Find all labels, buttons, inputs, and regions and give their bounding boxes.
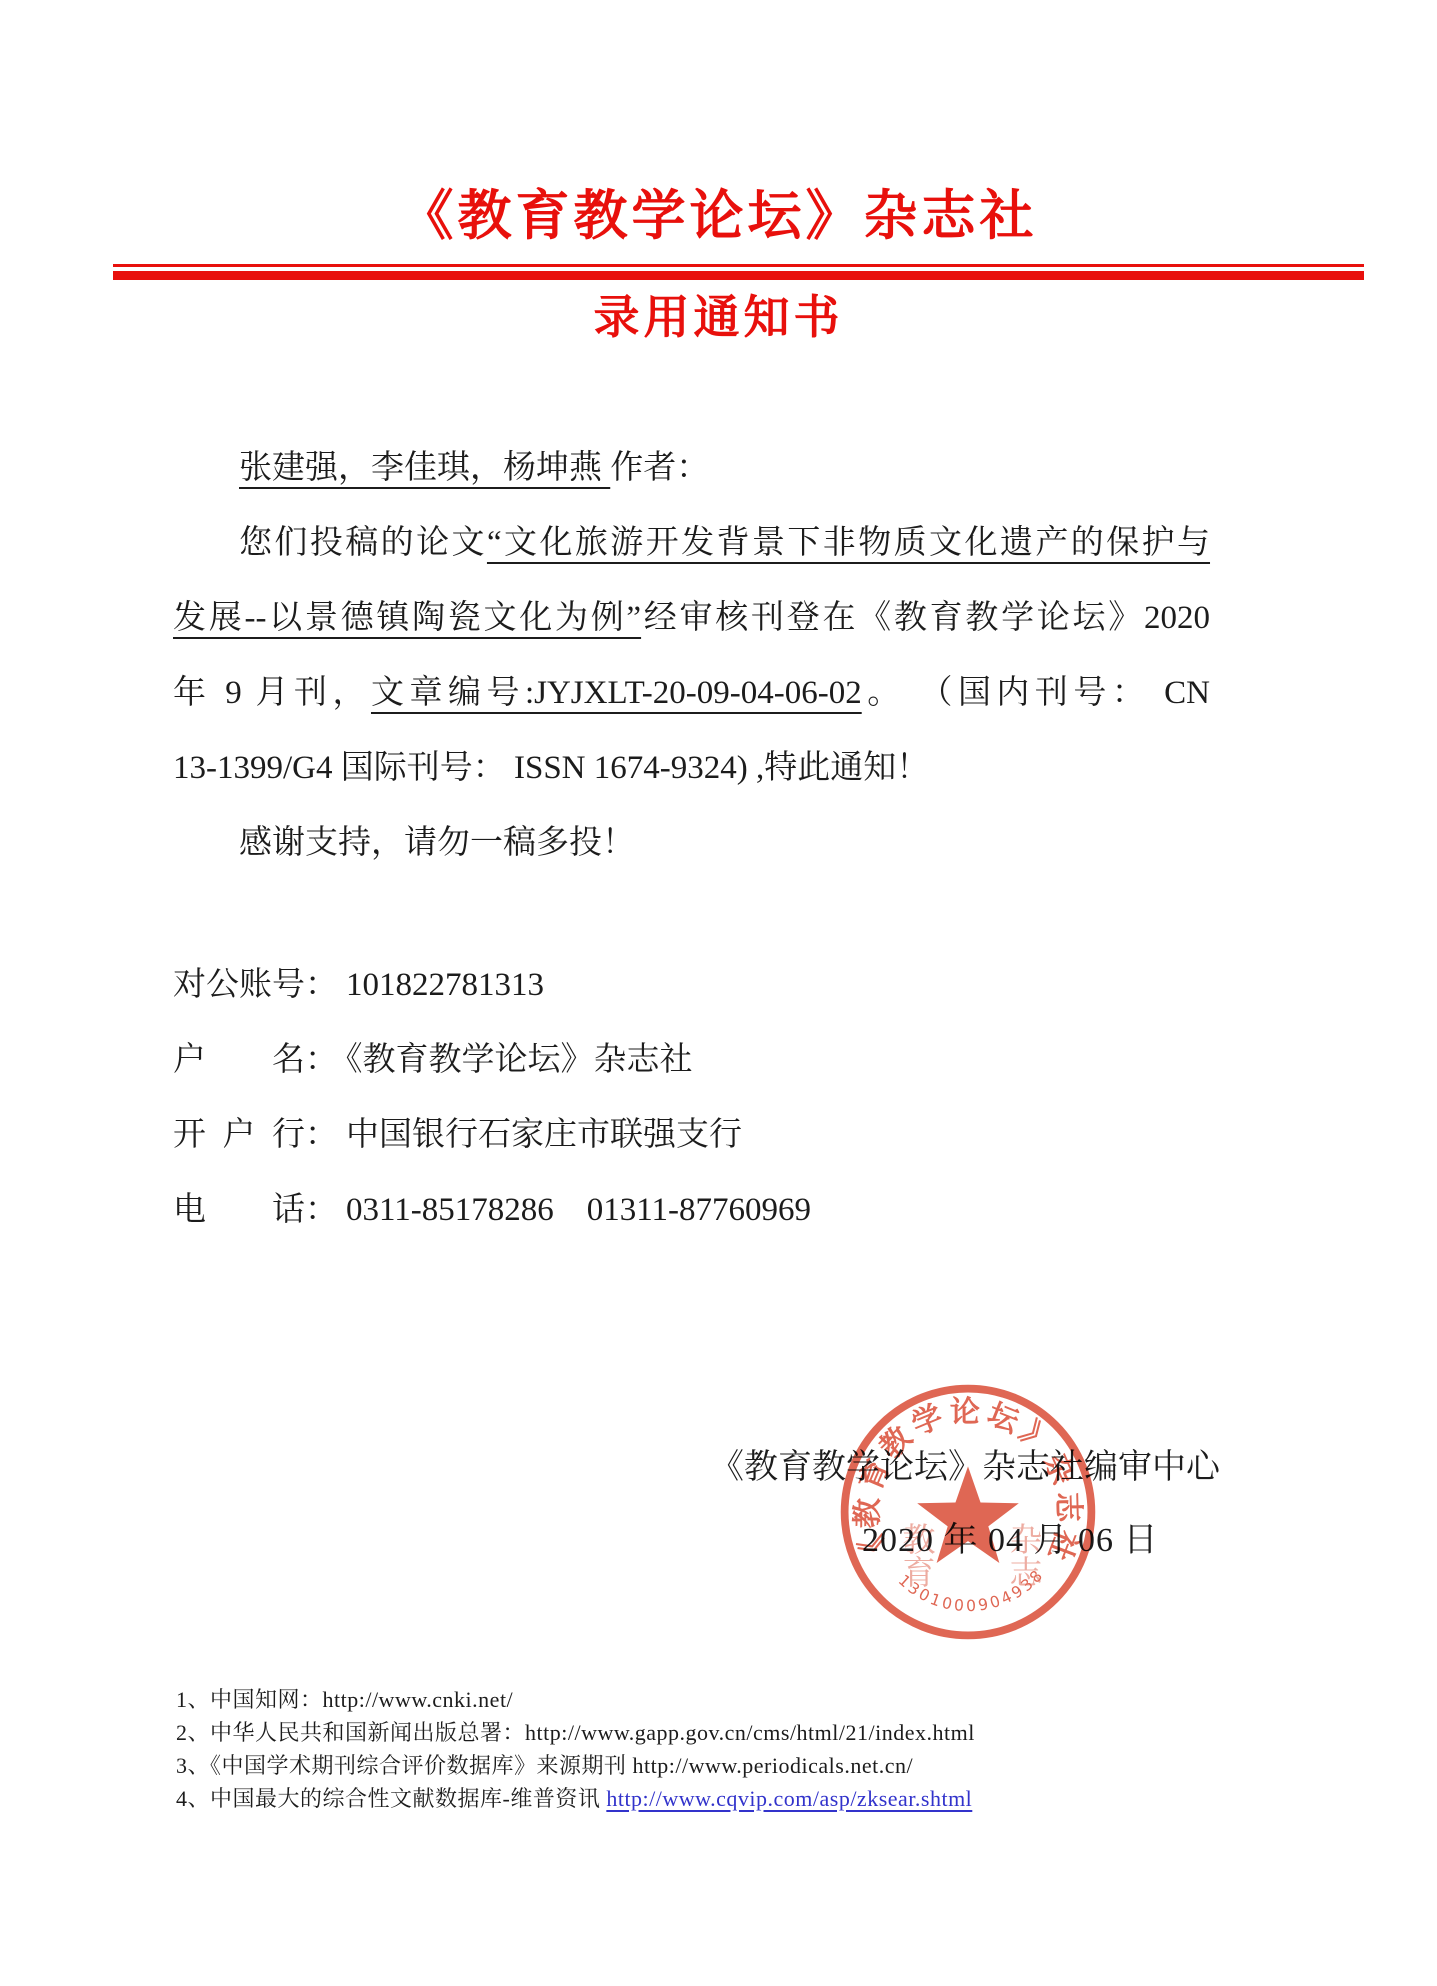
acceptance-letter-page: 《教育教学论坛》杂志社 录用通知书 张建强，李佳琪，杨坤燕 作者： 您们投稿的论… bbox=[0, 0, 1437, 1986]
account-row-phone: 电 话：0311-85178286 01311-87760969 bbox=[173, 1190, 1273, 1231]
body-line-2: 您们投稿的论文“文化旅游开发背景下非物质文化遗产的保护与 bbox=[173, 523, 1210, 564]
account-number-label: 对公账号： bbox=[173, 967, 338, 1003]
notice-title: 录用通知书 bbox=[0, 292, 1437, 343]
account-name-value: 《教育教学论坛》杂志社 bbox=[346, 1042, 693, 1078]
paper-title-part2-underlined: 发展--以景德镇陶瓷文化为例” bbox=[173, 600, 641, 636]
account-bank-label: 开 户 行： bbox=[173, 1117, 338, 1153]
body-line-thanks: 感谢支持，请勿一稿多投！ bbox=[173, 823, 1210, 864]
body-line-2-plain: 您们投稿的论文 bbox=[239, 525, 487, 561]
article-number-underlined: 文章编号:JYJXLT-20-09-04-06-02 bbox=[371, 675, 862, 711]
account-bank-value: 中国银行石家庄市联强支行 bbox=[346, 1117, 742, 1153]
official-seal-stamp: 《教育教学论坛》杂志社 教育 杂志 1301000904938 bbox=[832, 1376, 1104, 1648]
account-row-number: 对公账号：101822781313 bbox=[173, 965, 1273, 1006]
body-line-4-plain: 年 9 月刊， bbox=[173, 675, 371, 711]
footer-item-periodicals: 3、《中国学术期刊综合评价数据库》来源期刊 http://www.periodi… bbox=[176, 1752, 1376, 1781]
account-phone-label: 电 话： bbox=[173, 1192, 338, 1228]
paper-title-part1-underlined: “文化旅游开发背景下非物质文化遗产的保护与 bbox=[487, 525, 1210, 561]
account-name-label: 户 名： bbox=[173, 1042, 338, 1078]
cqvip-link[interactable]: http://www.cqvip.com/asp/zksear.shtml bbox=[606, 1786, 972, 1811]
author-names-underlined: 张建强，李佳琪，杨坤燕 bbox=[239, 450, 610, 486]
footer-item-gapp: 2、中华人民共和国新闻出版总署：http://www.gapp.gov.cn/c… bbox=[176, 1719, 1376, 1748]
body-line-3-plain: 经审核刊登在《教育教学论坛》2020 bbox=[641, 600, 1210, 636]
stamp-serial-number: 1301000904938 bbox=[895, 1565, 1048, 1615]
footer-item-cqvip-label: 4、中国最大的综合性文献数据库-维普资讯 bbox=[176, 1786, 606, 1811]
author-label: 作者： bbox=[610, 450, 709, 486]
footer-item-cnki: 1、中国知网：http://www.cnki.net/ bbox=[176, 1686, 1376, 1715]
body-line-5: 13-1399/G4 国际刊号： ISSN 1674-9324) ,特此通知！ bbox=[173, 748, 1210, 789]
svg-text:1301000904938: 1301000904938 bbox=[895, 1565, 1048, 1615]
account-row-bank: 开 户 行：中国银行石家庄市联强支行 bbox=[173, 1115, 1273, 1156]
account-phone-value: 0311-85178286 01311-87760969 bbox=[346, 1192, 811, 1228]
divider-thick-line bbox=[113, 271, 1364, 280]
signature-organization: 《教育教学论坛》杂志社编审中心 bbox=[710, 1448, 1220, 1489]
signature-date: 2020 年 04 月 06 日 bbox=[862, 1521, 1159, 1562]
divider-thin-line bbox=[113, 264, 1364, 267]
body-line-3: 发展--以景德镇陶瓷文化为例”经审核刊登在《教育教学论坛》2020 bbox=[173, 598, 1210, 639]
body-line-authors: 张建强，李佳琪，杨坤燕 作者： bbox=[173, 448, 1210, 489]
body-line-4: 年 9 月刊，文章编号:JYJXLT-20-09-04-06-02。 （国内刊号… bbox=[173, 673, 1210, 714]
journal-title: 《教育教学论坛》杂志社 bbox=[0, 186, 1437, 245]
title-divider bbox=[113, 264, 1364, 280]
footer-item-cqvip: 4、中国最大的综合性文献数据库-维普资讯 http://www.cqvip.co… bbox=[176, 1785, 1376, 1814]
account-number-value: 101822781313 bbox=[346, 967, 544, 1003]
body-line-4-tail: 。 （国内刊号： CN bbox=[862, 675, 1210, 711]
account-row-name: 户 名：《教育教学论坛》杂志社 bbox=[173, 1040, 1273, 1081]
stamp-outer-ring bbox=[845, 1389, 1092, 1636]
